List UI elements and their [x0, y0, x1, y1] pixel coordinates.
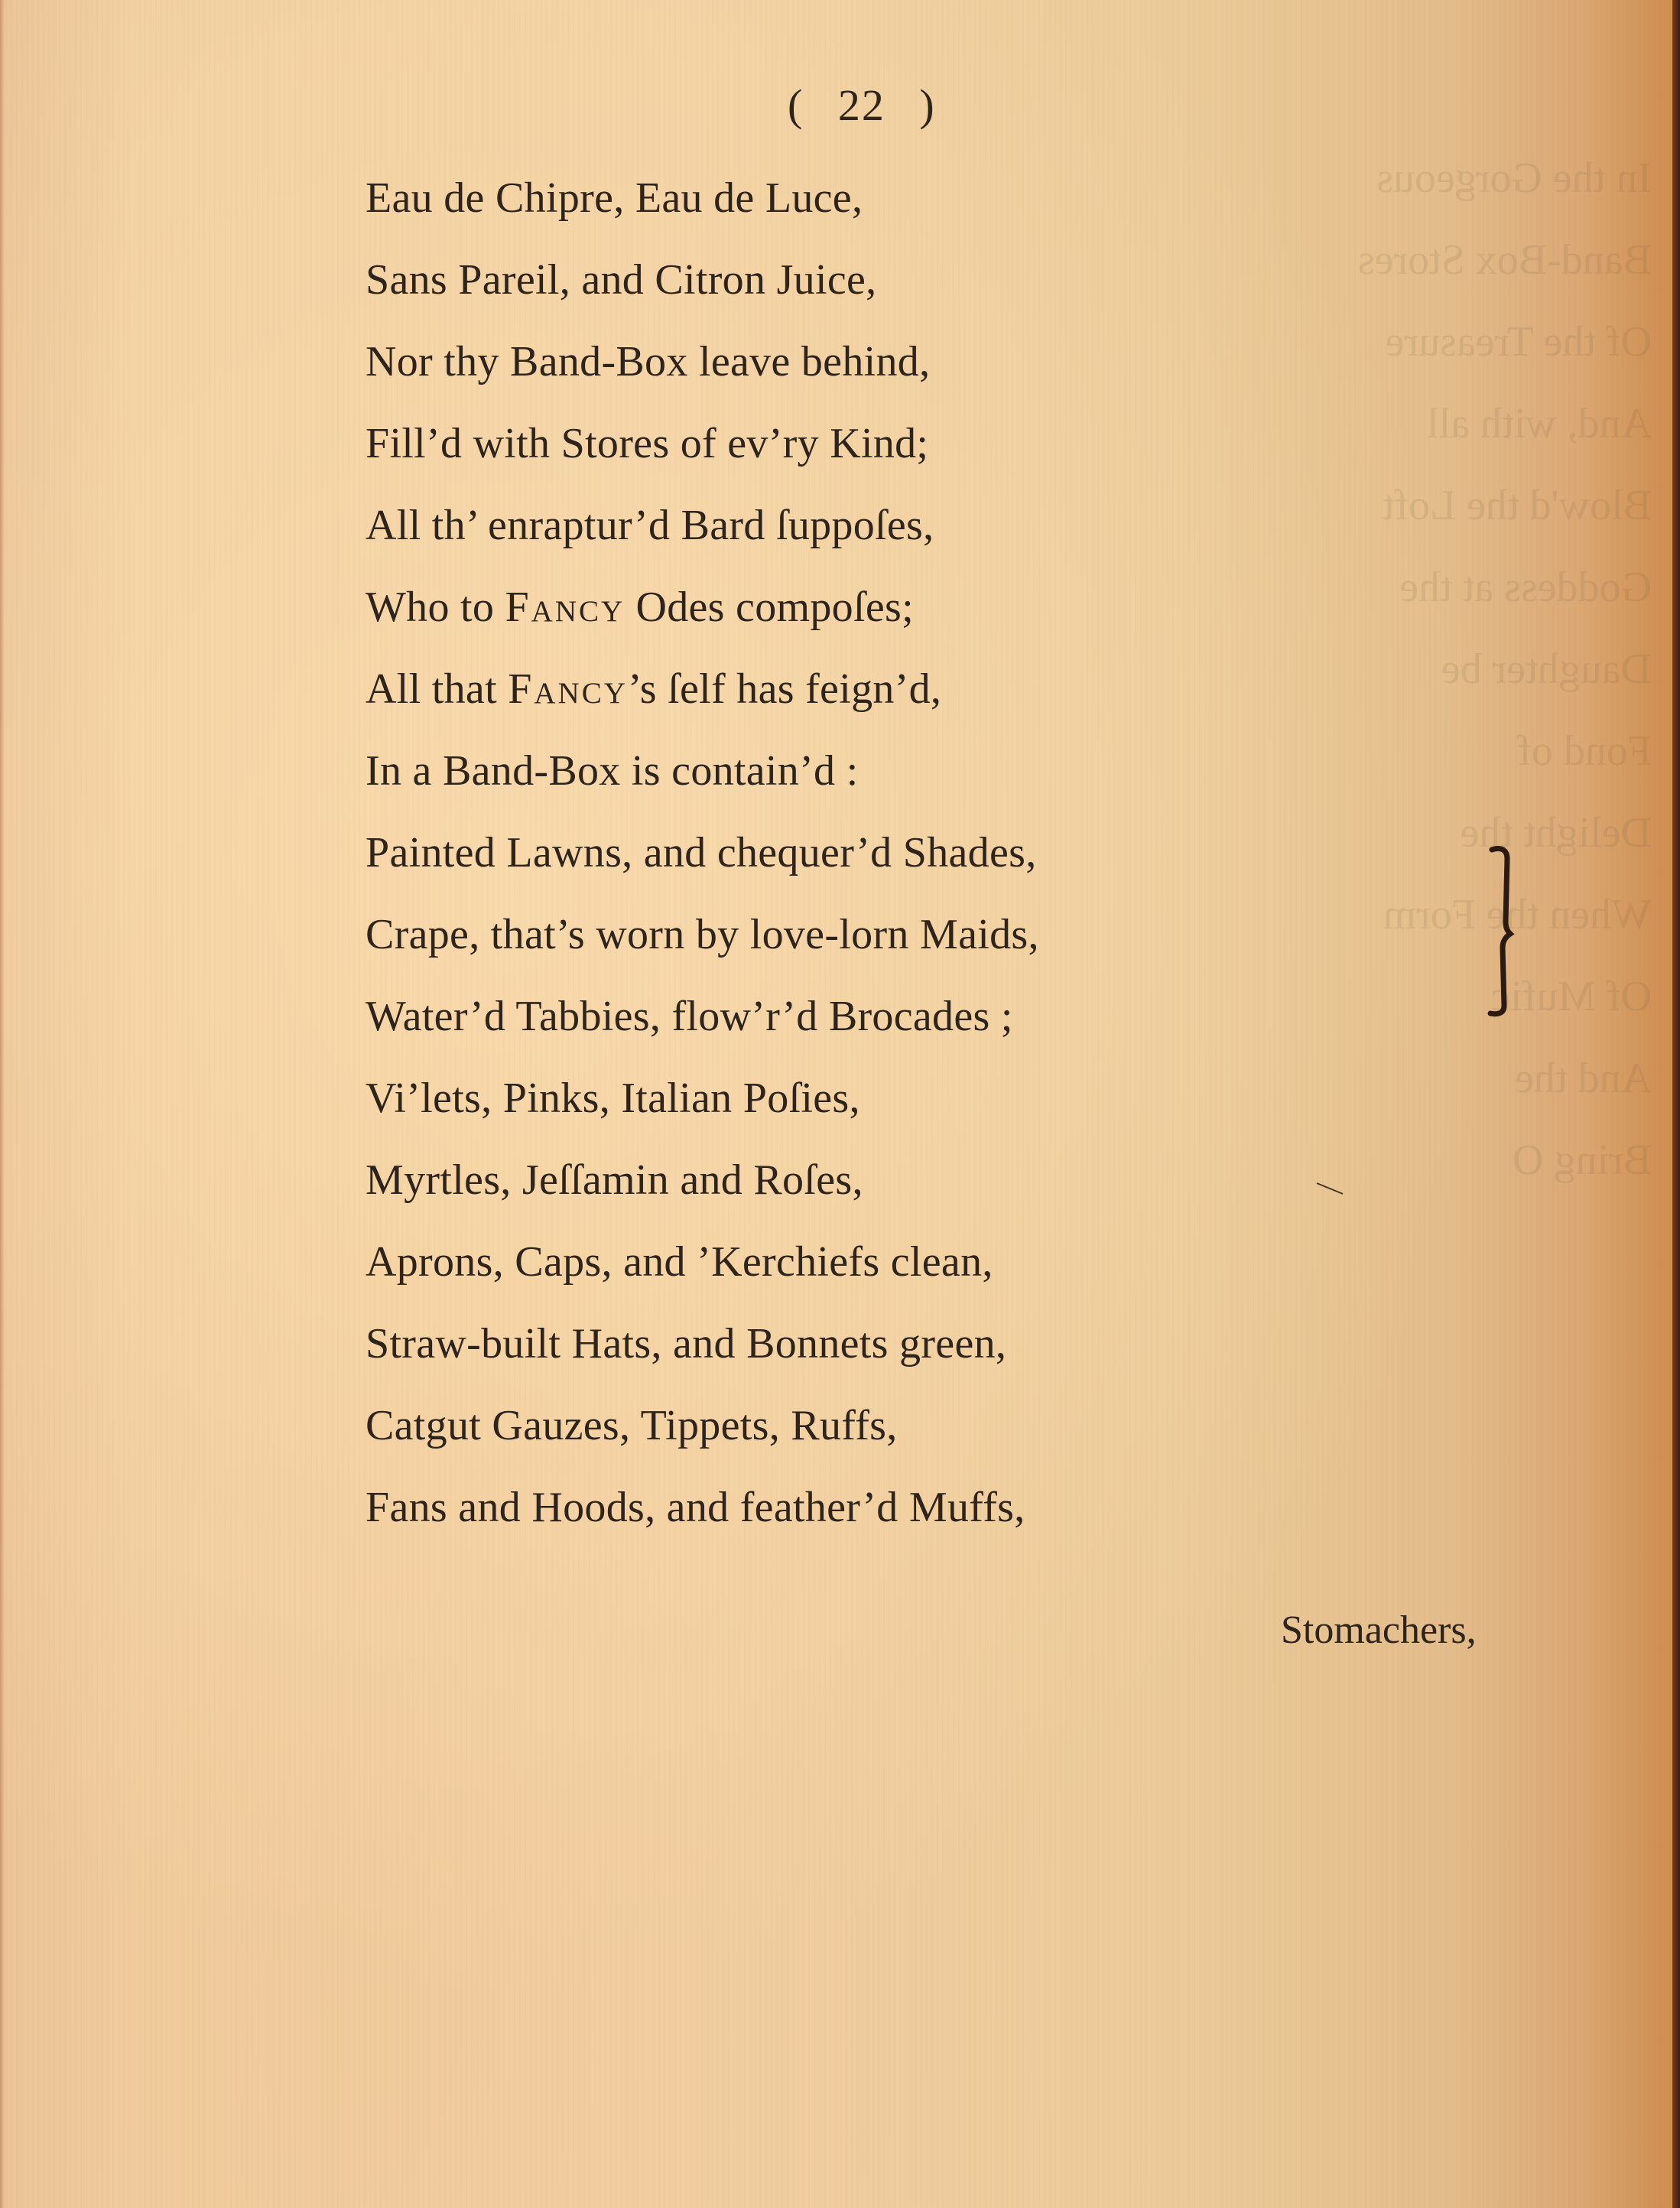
page-number: ( 22 ) — [788, 80, 936, 131]
verse-line: Nor thy Band-Box leave behind, — [366, 321, 1039, 403]
verse-text: Myrtles, Jeſſamin and Roſes, — [366, 1156, 863, 1204]
verse-line: Who to Fancy Odes compoſes; — [366, 567, 1039, 649]
verse-text: Odes compoſes; — [625, 584, 914, 631]
catchword: Stomachers, — [1281, 1608, 1477, 1653]
verse-line: In a Band-Box is contain’d : — [366, 730, 1039, 812]
page-left-edge — [0, 0, 5, 2208]
verse-text: Nor thy Band-Box leave behind, — [366, 338, 930, 385]
verse-line: Vi’lets, Pinks, Italian Poſies, — [366, 1058, 1039, 1140]
verse-line: Fill’d with Stores of ev’ry Kind; — [366, 403, 1039, 485]
verse-text: Fans and Hoods, and feather’d Muffs, — [366, 1484, 1025, 1531]
verse-text: All th’ enraptur’d Bard ſuppoſes, — [366, 502, 934, 549]
verse-text: Water’d Tabbies, flow’r’d Brocades ; — [366, 993, 1013, 1040]
small-caps-word: Fancy — [508, 665, 628, 713]
verse-line: Water’d Tabbies, flow’r’d Brocades ; — [366, 976, 1039, 1058]
verse-text: Who to — [366, 584, 505, 631]
verse-line: Straw-built Hats, and Bonnets green, — [366, 1303, 1039, 1385]
right-curly-brace-icon — [1487, 845, 1518, 1017]
verse-line: All th’ enraptur’d Bard ſuppoſes, — [366, 485, 1039, 567]
verse-line: Eau de Chipre, Eau de Luce, — [366, 158, 1039, 239]
verse-text: Sans Pareil, and Citron Juice, — [366, 256, 876, 304]
verse-text: ’s ſelf has feign’d, — [628, 665, 941, 713]
verse-line: All that Fancy’s ſelf has feign’d, — [366, 649, 1039, 730]
verse-line: Aprons, Caps, and ’Kerchiefs clean, — [366, 1221, 1039, 1303]
verse-line: Crape, that’s worn by love-lorn Maids, — [366, 894, 1039, 976]
verse-text: Catgut Gauzes, Tippets, Ruffs, — [366, 1402, 898, 1449]
verse-line: Myrtles, Jeſſamin and Roſes, — [366, 1140, 1039, 1221]
verse-block: Eau de Chipre, Eau de Luce,Sans Pareil, … — [366, 158, 1039, 1549]
verse-text: In a Band-Box is contain’d : — [366, 747, 859, 795]
verse-text: Eau de Chipre, Eau de Luce, — [366, 174, 863, 222]
verse-text: All that — [366, 665, 508, 713]
verse-text: Vi’lets, Pinks, Italian Poſies, — [366, 1075, 860, 1122]
verse-text: Aprons, Caps, and ’Kerchiefs clean, — [366, 1238, 993, 1286]
verse-text: Painted Lawns, and chequer’d Shades, — [366, 829, 1037, 876]
verse-text: Straw-built Hats, and Bonnets green, — [366, 1320, 1006, 1367]
verse-line: Fans and Hoods, and feather’d Muffs, — [366, 1467, 1039, 1549]
small-caps-word: Fancy — [505, 584, 626, 631]
verse-text: Crape, that’s worn by love-lorn Maids, — [366, 911, 1039, 958]
verse-text: Fill’d with Stores of ev’ry Kind; — [366, 420, 928, 467]
verse-line: Catgut Gauzes, Tippets, Ruffs, — [366, 1385, 1039, 1467]
reverse-side-show-through: In the Gorgeous Band-Box Stores Of the T… — [1223, 138, 1652, 1591]
verse-line: Sans Pareil, and Citron Juice, — [366, 239, 1039, 321]
book-binding-edge — [1672, 0, 1680, 2208]
ink-tick-mark — [1315, 1182, 1346, 1197]
verse-line: Painted Lawns, and chequer’d Shades, — [366, 812, 1039, 894]
